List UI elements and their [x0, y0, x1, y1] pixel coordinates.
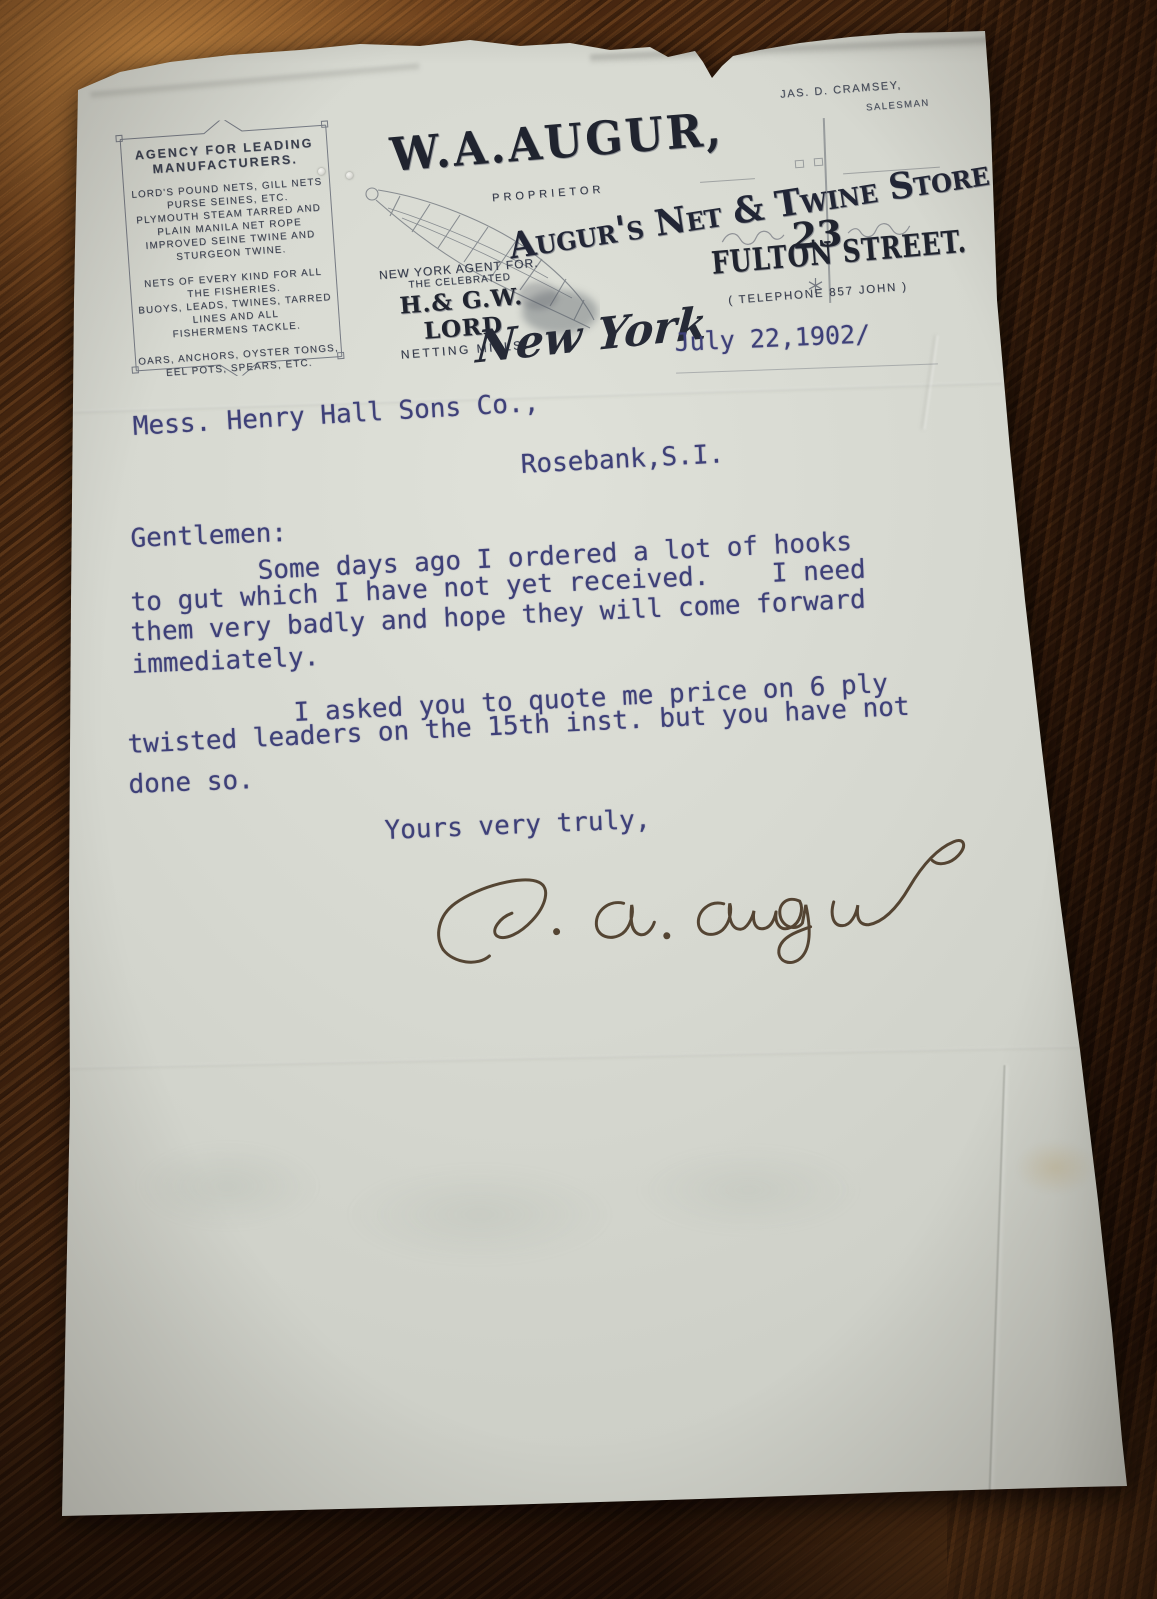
crease-vertical	[988, 1065, 1005, 1495]
salesman-name: JAS. D. CRAMSEY,	[780, 79, 903, 101]
body-line: done so.	[128, 765, 254, 800]
photo-scene: JAS. D. CRAMSEY, SALESMAN	[0, 0, 1157, 1599]
torn-edge-shadow-left	[90, 64, 419, 101]
paper-stain	[1015, 1140, 1095, 1195]
mast-flag	[814, 158, 824, 167]
fold-line-lower	[70, 1045, 1090, 1069]
agency-box-text: AGENCY FOR LEADING MANUFACTURERS. LORD'S…	[115, 135, 349, 383]
signature-text: W. a. Augur	[0, 0, 1, 1]
closing-line: Yours very truly,	[384, 805, 651, 846]
salutation: Gentlemen:	[130, 518, 288, 554]
salesman-title: SALESMAN	[866, 98, 930, 114]
mast-ornament-spar-left	[700, 178, 755, 183]
company-name: W.A.AUGUR,	[388, 102, 725, 182]
agency-box: AGENCY FOR LEADING MANUFACTURERS. LORD'S…	[103, 112, 358, 384]
torn-edge-shadow	[590, 37, 990, 64]
pinhole-spot	[346, 172, 353, 179]
showthrough-smudge	[110, 1110, 950, 1300]
addressee-line: Mess. Henry Hall Sons Co.,	[132, 388, 540, 442]
date-underline	[676, 363, 938, 373]
letter-paper: JAS. D. CRAMSEY, SALESMAN	[0, 0, 1157, 1599]
mast-flag	[795, 160, 805, 169]
body-line: immediately.	[131, 642, 320, 680]
signature-handwriting	[426, 832, 1011, 992]
letter-paper-wrapper: JAS. D. CRAMSEY, SALESMAN	[0, 0, 1157, 1599]
address-line2: Rosebank,S.I.	[520, 439, 725, 480]
